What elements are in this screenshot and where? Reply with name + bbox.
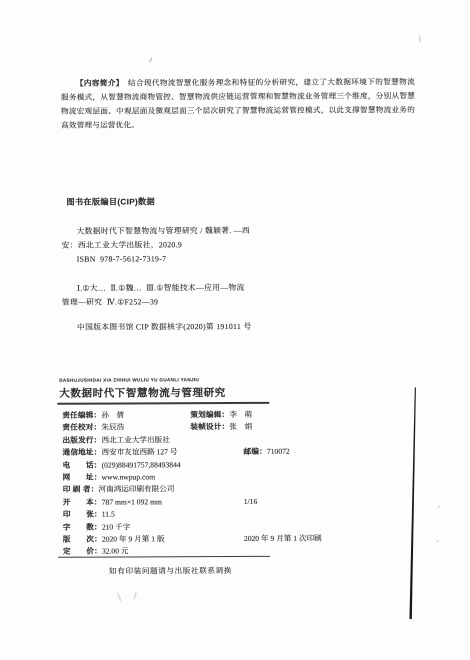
scan-speck: [436, 540, 439, 542]
intro-heading: 【内容简介】: [76, 78, 120, 87]
row-label: 印 刷 者：: [63, 485, 99, 494]
row-value2: 2020 年 9 月第 1 次印刷: [244, 533, 322, 546]
row-value2: 710072: [267, 447, 290, 456]
row-value2: 李 萌: [229, 410, 252, 419]
scan-speck: [438, 505, 440, 508]
row-value: 西北工业大学出版社: [101, 435, 169, 444]
cip-isbn: ISBN 978-7-5612-7319-7: [77, 254, 167, 263]
scan-speck: [419, 35, 421, 42]
intro-paragraph: 【内容简介】 结合现代物流智慧化服务理念和特征的分析研究，建立了大数据环境下的智…: [61, 75, 415, 134]
title-divider-line: [57, 402, 269, 405]
row-label2: 策划编辑：: [190, 410, 229, 419]
cip-heading: 图书在版编目(CIP)数据: [66, 196, 155, 207]
row-label: 责任校对：: [62, 423, 101, 432]
cip-classification-line2: 管理—研究 Ⅳ.①F252—39: [62, 296, 158, 307]
scan-speck: [133, 591, 137, 599]
row-label: 出版发行：: [62, 435, 101, 444]
cip-title-line1: 大数据时代下智慧物流与管理研究 / 魏颖著. —西: [77, 225, 250, 237]
cip-record-number: 中国版本图书馆 CIP 数据核字(2020)第 191011 号: [77, 321, 252, 333]
row-label: 字 数：: [63, 522, 102, 531]
row-value: 11.5: [102, 510, 115, 519]
row-label2: 装帧设计：: [190, 422, 229, 431]
row-label2: 邮编：: [244, 447, 267, 456]
row-label: 版 次：: [63, 534, 102, 543]
row-value2: 1/16: [244, 496, 258, 508]
row-value: 2020 年 9 月第 1 版: [102, 534, 165, 543]
scan-speck: [117, 592, 122, 601]
row-value: 210 千字: [102, 522, 131, 531]
row-label: 开 本：: [63, 497, 102, 506]
row-label: 定 价：: [63, 547, 102, 556]
row-value: 孙 倩: [101, 410, 124, 419]
colophon-section: 责任编辑：孙 倩策划编辑：李 萌 责任校对：朱辰浩装帧设计：张 娟 出版发行：西…: [62, 408, 417, 558]
row-value2: 张 娟: [229, 422, 252, 431]
row-value: 32.00 元: [102, 547, 129, 556]
row-label: 电 话：: [63, 460, 102, 469]
scanned-page: 【内容简介】 结合现代物流智慧化服务理念和特征的分析研究，建立了大数据环境下的智…: [0, 0, 470, 660]
row-value: 787 mm×1 092 mm: [102, 497, 162, 506]
scan-speck: [149, 57, 153, 62]
row-value: 朱辰浩: [101, 423, 124, 432]
book-title: 大数据时代下智慧物流与管理研究: [59, 385, 226, 401]
row-label: 网 址：: [63, 473, 102, 482]
cip-classification-line1: Ⅰ.①大… Ⅱ.①魏… Ⅲ.①智能技术—应用—物流: [77, 282, 245, 294]
row-label: 责任编辑：: [62, 411, 101, 420]
row-value: www.nwpup.com: [102, 472, 156, 481]
row-value: (029)88491757,88493844: [102, 460, 181, 469]
title-section: DASHUJUSHIDAI XIA ZHIHUI WULIU YU GUANLI…: [0, 0, 469, 1]
exchange-note: 如有印装问题请与出版社联系调换: [109, 565, 232, 577]
cip-section: 图书在版编目(CIP)数据 大数据时代下智慧物流与管理研究 / 魏颖著. —西 …: [0, 0, 469, 1]
row-value: 西安市友谊西路 127 号: [101, 447, 177, 456]
row-value: 河南鸿运印刷有限公司: [98, 485, 174, 494]
book-title-pinyin: DASHUJUSHIDAI XIA ZHIHUI WULIU YU GUANLI…: [59, 377, 199, 383]
cip-title-line2: 安：西北工业大学出版社，2020.9: [62, 239, 182, 251]
row-label: 印 张：: [63, 510, 102, 519]
row-label: 通信地址：: [63, 448, 102, 457]
